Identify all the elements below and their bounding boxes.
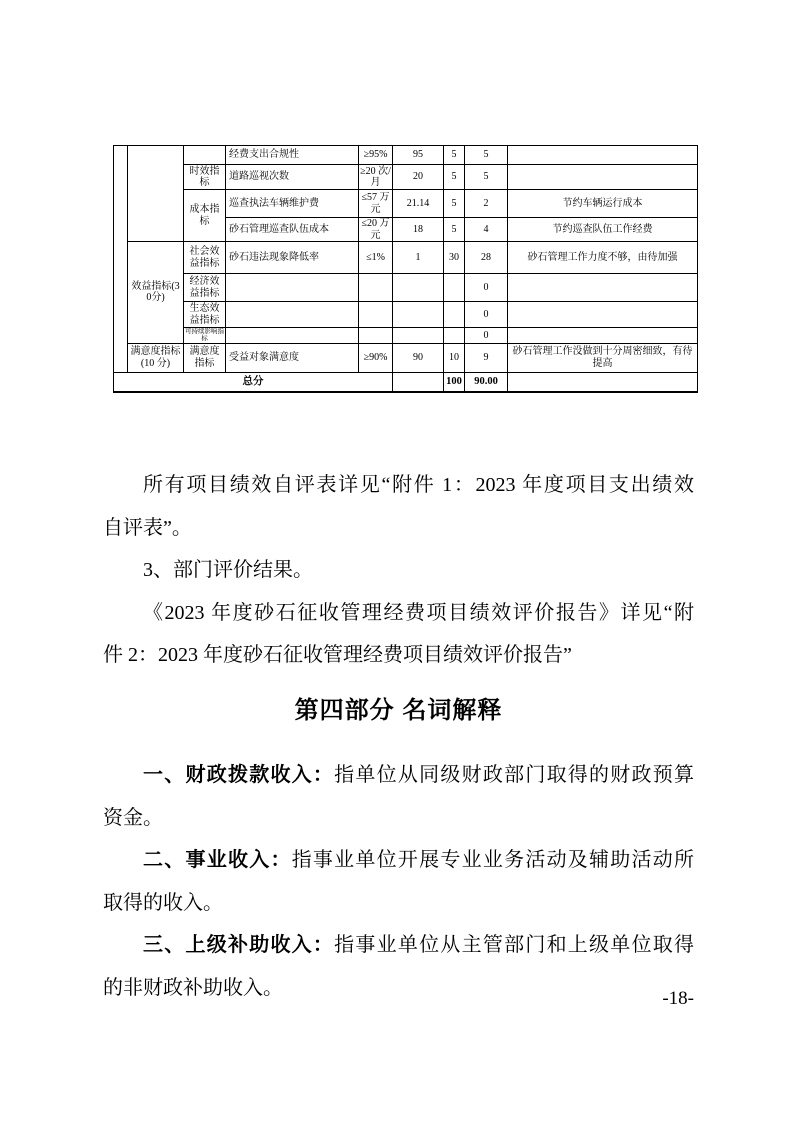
weight-cell: 5: [444, 218, 465, 242]
score-cell: 28: [465, 242, 508, 274]
indicator-name-cell: [226, 302, 359, 328]
definition-text: 指事业单位开展专业业务活动及辅助活动所: [292, 849, 694, 871]
indicator-name-cell: [226, 274, 359, 302]
paragraph-line: 3、部门评价结果。: [103, 549, 694, 592]
table-row: 成本指标 巡查执法车辆维护费 ≤57 万元 21.14 5 2 节约车辆运行成本: [114, 190, 698, 218]
subgroup-cell: 经济效益指标: [184, 274, 226, 302]
col1-spacer-cell: [114, 146, 128, 373]
target-cell: ≤1%: [359, 242, 393, 274]
actual-cell: 20: [393, 165, 444, 190]
target-cell: [359, 274, 393, 302]
note-cell: [508, 146, 698, 165]
definition-line: 一、财政拨款收入：指单位从同级财政部门取得的财政预算: [103, 754, 694, 797]
indicator-name-cell: 砂石违法现象降低率: [226, 242, 359, 274]
target-cell: [359, 328, 393, 344]
table-row: 时效指标 道路巡视次数 ≥20 次/月 20 5 5: [114, 165, 698, 190]
indicator-name-cell: 巡查执法车辆维护费: [226, 190, 359, 218]
weight-cell: 30: [444, 242, 465, 274]
definition-text: 指单位从同级财政部门取得的财政预算: [334, 764, 694, 786]
total-empty-cell: [393, 372, 444, 392]
target-cell: ≤20 万元: [359, 218, 393, 242]
score-cell: 0: [465, 328, 508, 344]
weight-cell: 5: [444, 146, 465, 165]
paragraph-line: 件 2：2023 年度砂石征收管理经费项目绩效评价报告”: [103, 634, 694, 677]
total-note-cell: [508, 372, 698, 392]
score-cell: 5: [465, 146, 508, 165]
subgroup-cell: 时效指标: [184, 165, 226, 190]
score-cell: 0: [465, 274, 508, 302]
actual-cell: 1: [393, 242, 444, 274]
definition-line: 取得的收入。: [103, 882, 694, 925]
note-cell: 砂石管理工作没做到十分周密细致，有待提高: [508, 343, 698, 372]
page-number: -18-: [103, 988, 694, 1010]
note-cell: [508, 274, 698, 302]
score-cell: 4: [465, 218, 508, 242]
target-cell: ≥20 次/月: [359, 165, 393, 190]
table-row: 可持续影响指标 0: [114, 328, 698, 344]
group-cell-satisfaction: 满意度指标(10 分): [128, 343, 184, 372]
group-cell-benefit: 效益指标(30分): [128, 242, 184, 344]
note-cell: [508, 328, 698, 344]
indicator-name-cell: [226, 328, 359, 344]
table-row: 生态效益指标 0: [114, 302, 698, 328]
target-cell: ≥90%: [359, 343, 393, 372]
table-row: 经济效益指标 0: [114, 274, 698, 302]
weight-cell: 5: [444, 190, 465, 218]
target-cell: [359, 302, 393, 328]
score-cell: 5: [465, 165, 508, 190]
definition-term: 三、上级补助收入：: [143, 934, 334, 956]
subgroup-cell: 成本指标: [184, 190, 226, 242]
table-row: 效益指标(30分) 社会效益指标 砂石违法现象降低率 ≤1% 1 30 28 砂…: [114, 242, 698, 274]
target-cell: ≥95%: [359, 146, 393, 165]
paragraph-line: 所有项目绩效自评表详见“附件 1：2023 年度项目支出绩效: [103, 464, 694, 507]
subgroup-cell: 可持续影响指标: [184, 328, 226, 344]
performance-indicator-table: 经费支出合规性 ≥95% 95 5 5 时效指标 道路巡视次数 ≥20 次/月 …: [113, 145, 698, 393]
indicator-name-cell: 经费支出合规性: [226, 146, 359, 165]
actual-cell: 90: [393, 343, 444, 372]
note-cell: [508, 165, 698, 190]
indicator-name-cell: 受益对象满意度: [226, 343, 359, 372]
document-page: 经费支出合规性 ≥95% 95 5 5 时效指标 道路巡视次数 ≥20 次/月 …: [0, 0, 793, 1122]
total-score-cell: 90.00: [465, 372, 508, 392]
note-cell: [508, 302, 698, 328]
subgroup-cell: 生态效益指标: [184, 302, 226, 328]
definition-text: 指事业单位从主管部门和上级单位取得: [334, 934, 694, 956]
note-cell: 砂石管理工作力度不够，由待加强: [508, 242, 698, 274]
table-total-row: 总分 100 90.00: [114, 372, 698, 392]
section-heading: 第四部分 名词解释: [103, 690, 694, 725]
actual-cell: [393, 302, 444, 328]
score-cell: 9: [465, 343, 508, 372]
definition-term: 一、财政拨款收入：: [143, 764, 334, 786]
paragraph-line: 《2023 年度砂石征收管理经费项目绩效评价报告》详见“附: [103, 592, 694, 635]
target-cell: ≤57 万元: [359, 190, 393, 218]
note-cell: 节约巡查队伍工作经费: [508, 218, 698, 242]
table-row: 满意度指标(10 分) 满意度指标 受益对象满意度 ≥90% 90 10 9 砂…: [114, 343, 698, 372]
definition-line: 二、事业收入：指事业单位开展专业业务活动及辅助活动所: [103, 839, 694, 882]
weight-cell: 5: [444, 165, 465, 190]
subgroup-empty-cell: [184, 146, 226, 165]
body-paragraphs: 所有项目绩效自评表详见“附件 1：2023 年度项目支出绩效 自评表”。 3、部…: [103, 464, 694, 677]
paragraph-line: 自评表”。: [103, 507, 694, 550]
table-row: 经费支出合规性 ≥95% 95 5 5: [114, 146, 698, 165]
note-cell: 节约车辆运行成本: [508, 190, 698, 218]
weight-cell: [444, 328, 465, 344]
definition-line: 三、上级补助收入：指事业单位从主管部门和上级单位取得: [103, 924, 694, 967]
actual-cell: [393, 274, 444, 302]
weight-cell: 10: [444, 343, 465, 372]
weight-cell: [444, 302, 465, 328]
indicator-name-cell: 砂石管理巡查队伍成本: [226, 218, 359, 242]
actual-cell: 18: [393, 218, 444, 242]
weight-cell: [444, 274, 465, 302]
score-cell: 0: [465, 302, 508, 328]
group-empty-cell: [128, 146, 184, 242]
subgroup-cell: 满意度指标: [184, 343, 226, 372]
score-cell: 2: [465, 190, 508, 218]
total-weight-cell: 100: [444, 372, 465, 392]
indicator-name-cell: 道路巡视次数: [226, 165, 359, 190]
definition-line: 资金。: [103, 797, 694, 840]
definitions-block: 一、财政拨款收入：指单位从同级财政部门取得的财政预算 资金。 二、事业收入：指事…: [103, 754, 694, 1009]
definition-term: 二、事业收入：: [143, 849, 292, 871]
actual-cell: 21.14: [393, 190, 444, 218]
actual-cell: [393, 328, 444, 344]
actual-cell: 95: [393, 146, 444, 165]
total-label-cell: 总分: [114, 372, 393, 392]
subgroup-cell: 社会效益指标: [184, 242, 226, 274]
